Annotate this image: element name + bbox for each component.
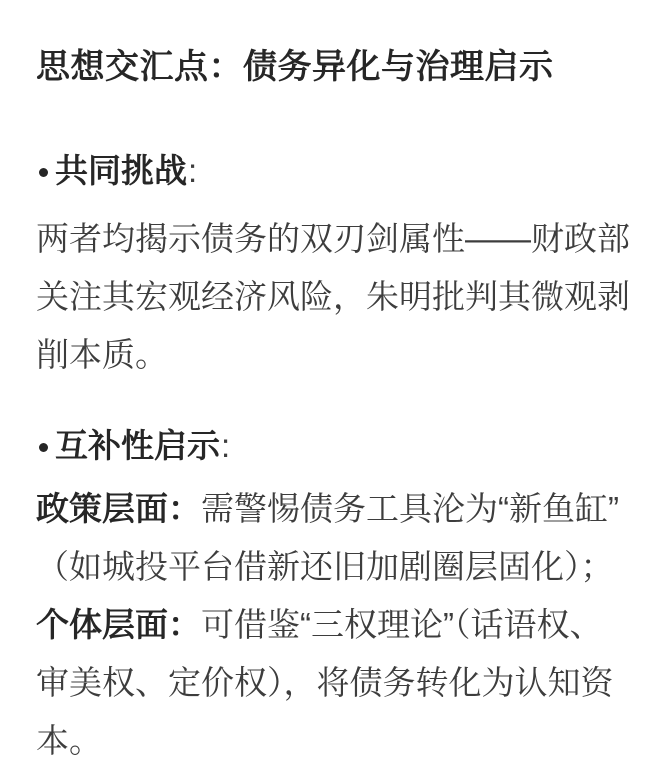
- text-line: 关注其宏观经济风险，朱明批判其微观剥: [36, 268, 624, 326]
- paragraph-1: 两者均揭示债务的双刃剑属性——财政部 关注其宏观经济风险，朱明批判其微观剥 削本…: [36, 210, 624, 384]
- text-line: 审美权、定价权），将债务转化为认知资: [36, 654, 624, 712]
- text-line: 个体层面：可借鉴“三权理论”（话语权、: [36, 596, 624, 654]
- text-line: 两者均揭示债务的双刃剑属性——财政部: [36, 210, 624, 268]
- individual-level-label: 个体层面：: [36, 606, 201, 643]
- bullet-item-complementary-insight: 互补性启示 :: [36, 426, 624, 466]
- bullet-label: 共同挑战: [55, 151, 187, 191]
- text-line: 政策层面：需警惕债务工具沦为“新鱼缸”: [36, 480, 624, 538]
- text-line: 削本质。: [36, 326, 624, 384]
- text-line: （如城投平台借新还旧加剧圈层固化）；: [36, 538, 624, 596]
- article-page: 思想交汇点：债务异化与治理启示 共同挑战 : 两者均揭示债务的双刃剑属性——财政…: [0, 0, 660, 769]
- bullet-dot-icon: [39, 168, 48, 177]
- bullet-label: 互补性启示: [55, 426, 220, 466]
- policy-level-label: 政策层面：: [36, 490, 201, 527]
- bullet-item-common-challenge: 共同挑战 :: [36, 151, 624, 191]
- page-title: 思想交汇点：债务异化与治理启示: [36, 47, 624, 87]
- text-run: 可借鉴“三权理论”（话语权、: [201, 606, 602, 643]
- bullet-colon: :: [188, 151, 197, 191]
- paragraph-2: 政策层面：需警惕债务工具沦为“新鱼缸” （如城投平台借新还旧加剧圈层固化）； 个…: [36, 480, 624, 769]
- bullet-dot-icon: [39, 443, 48, 452]
- text-line: 本。: [36, 712, 624, 769]
- text-run: 需警惕债务工具沦为“新鱼缸”: [201, 490, 619, 527]
- bullet-colon: :: [221, 426, 230, 466]
